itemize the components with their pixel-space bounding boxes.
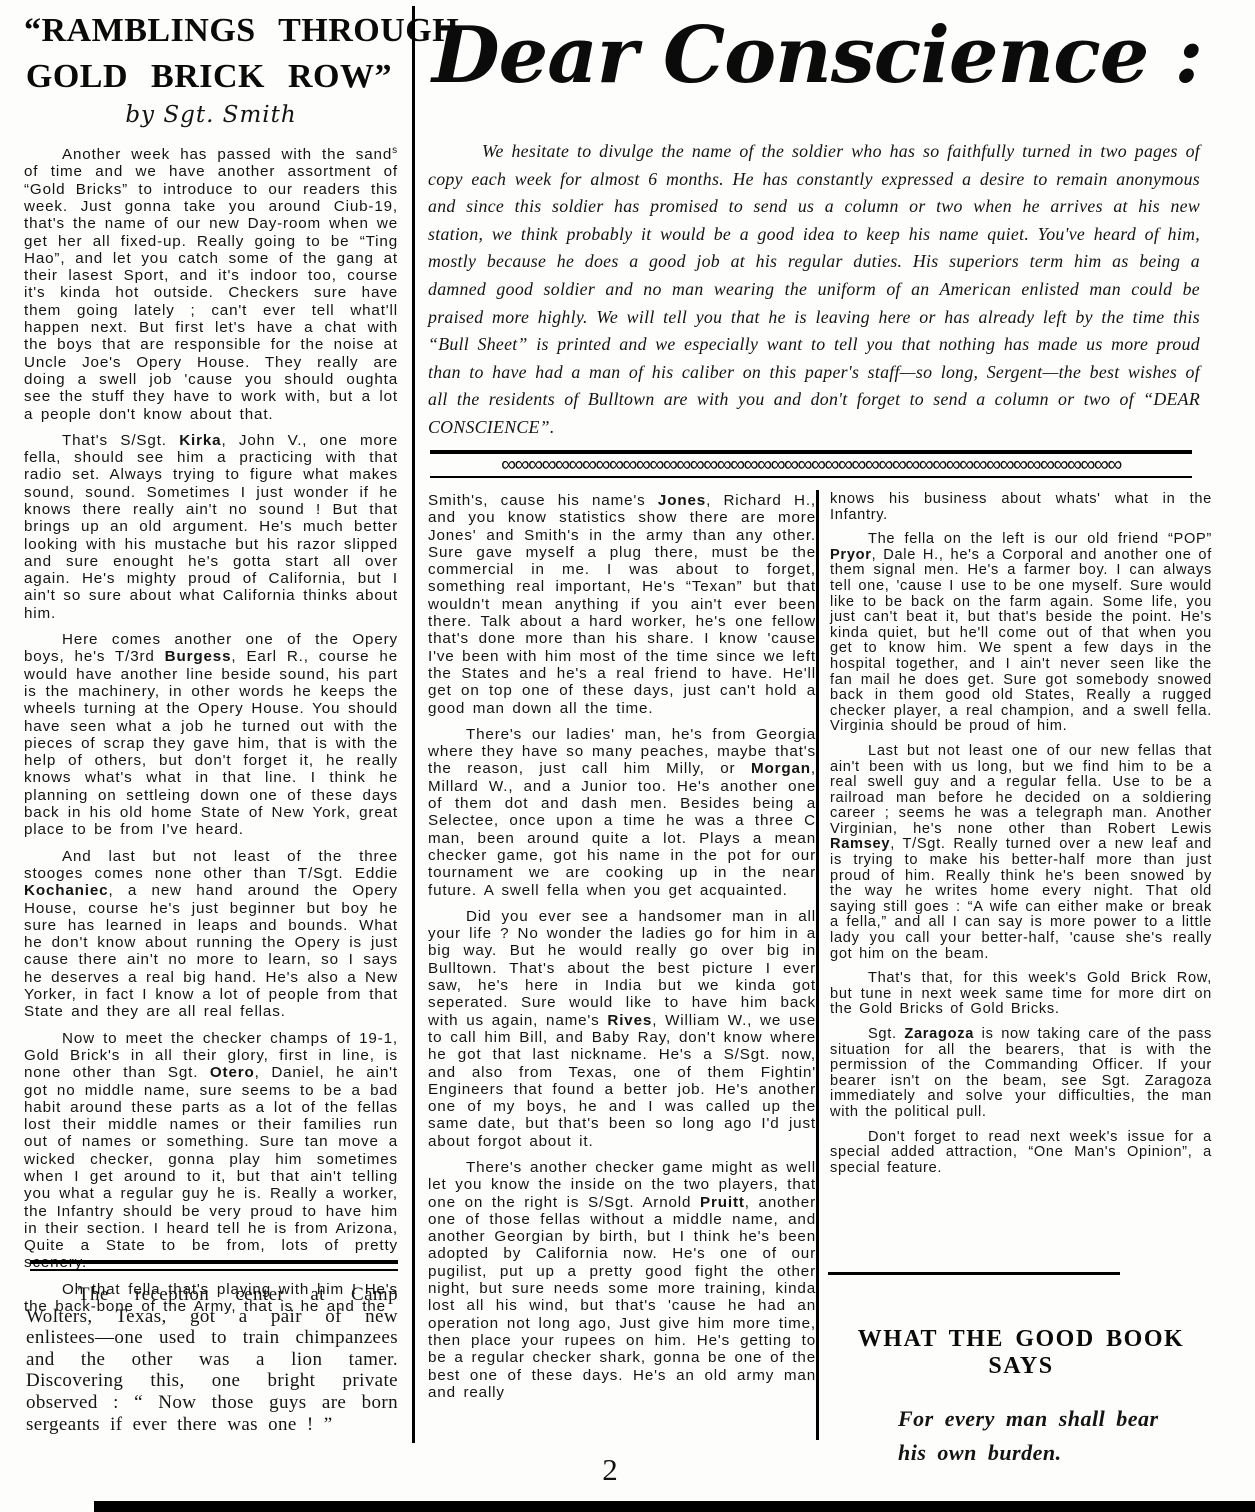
chain-ornament: ∞∞∞∞∞∞∞∞∞∞∞∞∞∞∞∞∞∞∞∞∞∞∞∞∞∞∞∞∞∞∞∞∞∞∞∞∞∞∞∞… [430, 454, 1192, 476]
divider-rule [430, 476, 1192, 478]
page-number: 2 [580, 1452, 640, 1488]
article-paragraph: The fella on the left is our old friend … [830, 532, 1212, 735]
article-paragraph: Another week has passed with the sands o… [24, 142, 398, 423]
article-paragraph: And last but not least of the three stoo… [24, 848, 398, 1021]
feature-title: Dear Conscience : [432, 0, 1212, 112]
article-paragraph: Did you ever see a handsomer man in all … [428, 908, 816, 1150]
article-paragraph: Last but not least one of our new fellas… [830, 744, 1212, 962]
article-paragraph: That's that, for this week's Gold Brick … [830, 971, 1212, 1018]
article-paragraph: Smith's, cause his name's Jones, Richard… [428, 492, 816, 717]
verse-line: his own burden. [898, 1436, 1212, 1470]
column-body: Smith's, cause his name's Jones, Richard… [428, 492, 816, 1401]
article-paragraph: There's another checker game might as we… [428, 1159, 816, 1401]
article-paragraph: Now to meet the checker champs of 19-1, … [24, 1030, 398, 1272]
feature-intro: We hesitate to divulge the name of the s… [428, 138, 1200, 442]
column-rule [412, 6, 415, 1443]
verse-line: For every man shall bear [898, 1402, 1212, 1436]
article-paragraph: That's S/Sgt. Kirka, John V., one more f… [24, 432, 398, 622]
right-column: knows his business about whats' what in … [830, 492, 1212, 1185]
column-title: “RAMBLINGS THROUGH GOLD BRICK ROW” [24, 8, 398, 100]
ramblings-column: “RAMBLINGS THROUGH GOLD BRICK ROW” by Sg… [24, 8, 398, 1324]
article-paragraph: knows his business about whats' what in … [830, 492, 1212, 523]
column-body: Another week has passed with the sands o… [24, 142, 398, 1315]
good-book-verse: For every man shall bear his own burden. [898, 1402, 1212, 1470]
middle-column: Smith's, cause his name's Jones, Richard… [428, 492, 816, 1410]
article-paragraph: There's our ladies' man, he's from Georg… [428, 726, 816, 899]
chain-divider: ∞∞∞∞∞∞∞∞∞∞∞∞∞∞∞∞∞∞∞∞∞∞∞∞∞∞∞∞∞∞∞∞∞∞∞∞∞∞∞∞… [430, 450, 1192, 478]
column-title-line2: GOLD BRICK ROW” [24, 54, 398, 100]
good-book-section: WHAT THE GOOD BOOK SAYS For every man sh… [830, 1326, 1212, 1470]
bottom-rule [94, 1501, 1255, 1512]
article-paragraph: Don't forget to read next week's issue f… [830, 1130, 1212, 1177]
column-title-line1: “RAMBLINGS THROUGH [24, 8, 398, 54]
horizontal-divider [828, 1272, 1120, 1275]
column-rule [816, 490, 819, 1440]
article-paragraph: Here comes another one of the Opery boys… [24, 631, 398, 839]
column-body: knows his business about whats' what in … [830, 492, 1212, 1176]
filler-anecdote: The reception center at Camp Wolters, Te… [26, 1284, 398, 1435]
good-book-heading: WHAT THE GOOD BOOK SAYS [830, 1326, 1212, 1380]
byline: by Sgt. Smith [24, 102, 398, 128]
horizontal-divider [30, 1260, 398, 1271]
newspaper-page: “RAMBLINGS THROUGH GOLD BRICK ROW” by Sg… [0, 0, 1255, 1512]
article-paragraph: Sgt. Zaragoza is now taking care of the … [830, 1027, 1212, 1121]
